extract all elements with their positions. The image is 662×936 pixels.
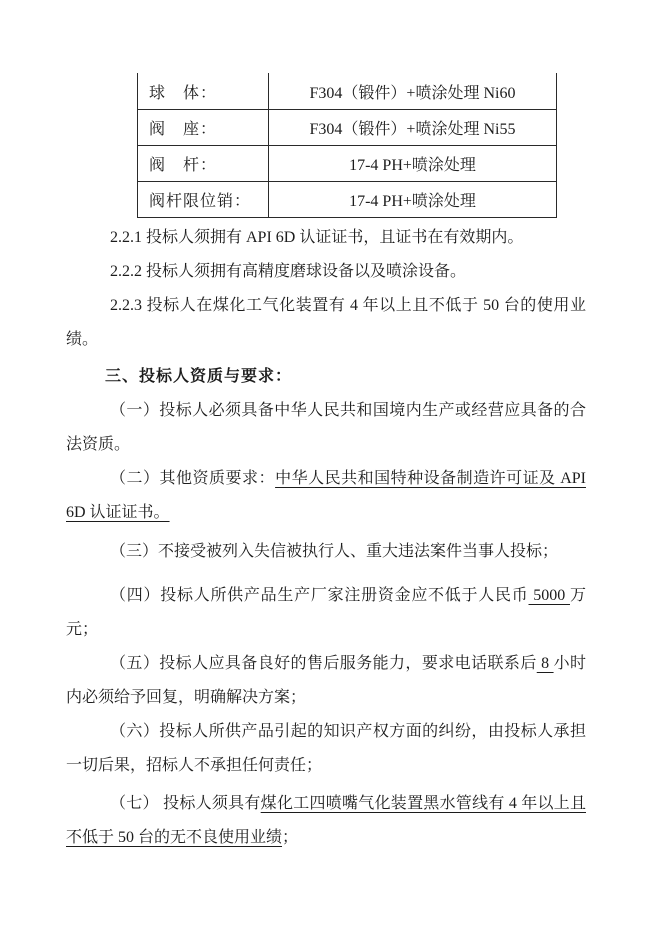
text-segment: ；	[282, 829, 298, 846]
spec-value-cell: F304（锻件）+喷涂处理 Ni60	[269, 73, 556, 109]
spec-value-cell: 17-4 PH+喷涂处理	[269, 146, 556, 181]
text-segment: （四）投标人所供产品生产厂家注册资金应不低于人民币	[110, 587, 529, 604]
paragraph-item1: （一）投标人必须具备中华人民共和国境内生产或经营应具备的合法资质。	[66, 394, 586, 462]
spec-label-cell: 球 体：	[138, 73, 269, 109]
document-body: 球 体：F304（锻件）+喷涂处理 Ni60阀 座：F304（锻件）+喷涂处理 …	[66, 0, 586, 855]
paragraph-item2: （二）其他资质要求：中华人民共和国特种设备制造许可证及 API 6D 认证证书。	[66, 462, 586, 530]
spec-label-cell: 阀杆限位销：	[138, 182, 269, 217]
text-segment: （五）投标人应具备良好的售后服务能力，要求电话联系后	[110, 655, 537, 672]
spec-table: 球 体：F304（锻件）+喷涂处理 Ni60阀 座：F304（锻件）+喷涂处理 …	[137, 73, 557, 218]
paragraph-item6: （六）投标人所供产品引起的知识产权方面的纠纷，由投标人承担一切后果，招标人不承担…	[66, 715, 586, 783]
table-row: 球 体：F304（锻件）+喷涂处理 Ni60	[138, 73, 556, 109]
spec-value-cell: F304（锻件）+喷涂处理 Ni55	[269, 110, 556, 145]
text-segment: 2.2.1 投标人须拥有 API 6D 认证证书，且证书在有效期内。	[110, 229, 523, 246]
paragraph-item5: （五）投标人应具备良好的售后服务能力，要求电话联系后 8 小时内必须给予回复，明…	[66, 647, 586, 715]
paragraph-p222: 2.2.2 投标人须拥有高精度磨球设备以及喷涂设备。	[66, 255, 586, 289]
spec-label-cell: 阀 座：	[138, 110, 269, 145]
text-segment: （二）其他资质要求：	[110, 470, 275, 487]
document-page: 球 体：F304（锻件）+喷涂处理 Ni60阀 座：F304（锻件）+喷涂处理 …	[0, 0, 662, 936]
paragraph-item3: （三）不接受被列入失信被执行人、重大违法案件当事人投标；	[66, 535, 586, 569]
spec-label-cell: 阀 杆：	[138, 146, 269, 181]
text-segment: （一）投标人必须具备中华人民共和国境内生产或经营应具备的合法资质。	[66, 402, 586, 453]
section-heading: 三、投标人资质与要求：	[66, 360, 586, 394]
text-segment: 三、投标人资质与要求：	[105, 368, 292, 385]
paragraph-p223: 2.2.3 投标人在煤化工气化装置有 4 年以上且不低于 50 台的使用业绩。	[66, 289, 586, 357]
spec-value-cell: 17-4 PH+喷涂处理	[269, 182, 556, 217]
underlined-text: 8	[537, 655, 554, 672]
paragraph-area: 2.2.1 投标人须拥有 API 6D 认证证书，且证书在有效期内。2.2.2 …	[66, 221, 586, 855]
text-segment: 2.2.2 投标人须拥有高精度磨球设备以及喷涂设备。	[110, 263, 466, 280]
table-row: 阀杆限位销：17-4 PH+喷涂处理	[138, 181, 556, 217]
paragraph-item4: （四）投标人所供产品生产厂家注册资金应不低于人民币 5000 万元；	[66, 579, 586, 647]
underlined-text: 5000	[529, 587, 570, 604]
text-segment: （三）不接受被列入失信被执行人、重大违法案件当事人投标；	[110, 543, 558, 560]
text-segment: （六）投标人所供产品引起的知识产权方面的纠纷，由投标人承担一切后果，招标人不承担…	[66, 723, 586, 774]
text-segment: （七） 投标人须具有	[110, 795, 261, 812]
paragraph-item7: （七） 投标人须具有煤化工四喷嘴气化装置黑水管线有 4 年以上且不低于 50 台…	[66, 787, 586, 855]
paragraph-p221: 2.2.1 投标人须拥有 API 6D 认证证书，且证书在有效期内。	[66, 221, 586, 255]
text-segment: 2.2.3 投标人在煤化工气化装置有 4 年以上且不低于 50 台的使用业绩。	[66, 297, 586, 348]
table-row: 阀 杆：17-4 PH+喷涂处理	[138, 145, 556, 181]
table-row: 阀 座：F304（锻件）+喷涂处理 Ni55	[138, 109, 556, 145]
